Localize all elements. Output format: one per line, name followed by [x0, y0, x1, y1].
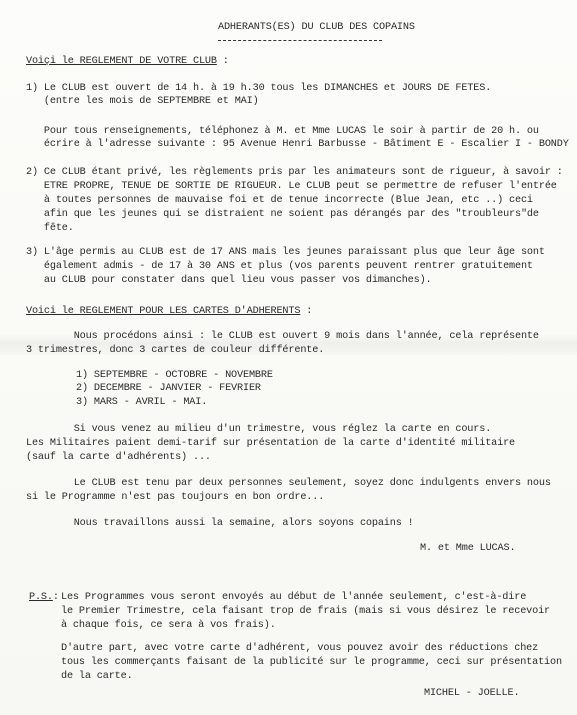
rule-line: écrire à l'adresse suivante : 95 Avenue …: [26, 139, 569, 151]
trimester-item: 2) DECEMBRE - JANVIER - FEVRIER: [76, 383, 261, 395]
ps-line: à chaque fois, ce sera à vos frais).: [61, 620, 276, 632]
ps-line: de la carte.: [61, 671, 133, 683]
paragraph-line: Le CLUB est tenu par deux personnes seul…: [26, 478, 551, 490]
document-title: ADHERANTS(ES) DU CLUB DES COPAINS: [218, 22, 415, 34]
ps-line: Les Programmes vous seront envoyés au dé…: [61, 592, 526, 604]
intro-line: Nous procédons ainsi : le CLUB est ouver…: [26, 331, 539, 343]
paragraph-line: (sauf la carte d'adhérents) ...: [26, 452, 211, 464]
rule-line: 2) Ce CLUB étant privé, les règlements p…: [26, 167, 563, 179]
heading-text: Voici le REGLEMENT POUR LES CARTES D'ADH…: [26, 306, 300, 317]
ps-line: D'autre part, avec votre carte d'adhéren…: [61, 643, 538, 655]
signature-lucas: M. et Mme LUCAS.: [420, 543, 515, 555]
rule-line: 3) L'âge permis au CLUB est de 17 ANS ma…: [26, 247, 545, 259]
ps-line: le Premier Trimestre, cela faisant trop …: [61, 606, 550, 618]
intro-line: 3 trimestres, donc 3 cartes de couleur d…: [26, 345, 324, 357]
paragraph-line: Les Militaires paient demi-tarif sur pré…: [26, 438, 515, 450]
title-underline: [218, 40, 382, 41]
ps-line: tous les commerçants faisant de la publi…: [61, 657, 562, 669]
heading-colon: :: [217, 56, 229, 67]
rule-line: également admis - de 17 à 30 ANS et plus…: [26, 261, 533, 273]
postscript-label: P.S.:: [29, 592, 65, 604]
rule-line: au CLUB pour constater dans quel lieu vo…: [26, 275, 432, 287]
rule-line: (entre les mois de SEPTEMBRE et MAI): [26, 96, 259, 108]
section-heading-card-rules: Voici le REGLEMENT POUR LES CARTES D'ADH…: [26, 306, 312, 318]
signature-michel-joelle: MICHEL - JOELLE.: [424, 688, 519, 700]
trimester-item: 3) MARS - AVRIL - MAI.: [76, 397, 207, 409]
rule-line: afin que les jeunes qui se distraient ne…: [26, 209, 539, 221]
paragraph-line: Si vous venez au milieu d'un trimestre, …: [26, 424, 491, 436]
rule-line: ETRE PROPRE, TENUE DE SORTIE DE RIGUEUR.…: [26, 181, 557, 193]
paragraph-line: si le Programme n'est pas toujours en bo…: [26, 492, 324, 504]
section-heading-club-rules: Voiçi le REGLEMENT DE VOTRE CLUB :: [26, 56, 229, 68]
paragraph-line: Nous travaillons aussi la semaine, alors…: [26, 518, 414, 530]
rule-line: 1) Le CLUB est ouvert de 14 h. à 19 h.30…: [26, 83, 491, 95]
rule-line: fête.: [26, 223, 74, 235]
trimester-item: 1) SEPTEMBRE - OCTOBRE - NOVEMBRE: [76, 370, 273, 382]
heading-colon: :: [300, 306, 312, 317]
typewritten-letter: ADHERANTS(ES) DU CLUB DES COPAINS Voiçi …: [0, 0, 577, 715]
heading-text: Voiçi le REGLEMENT DE VOTRE CLUB: [26, 56, 217, 67]
rule-line: Pour tous renseignements, téléphonez à M…: [26, 126, 539, 138]
rule-line: à toutes personnes de mauvaise foi et de…: [26, 195, 533, 207]
ps-label-text: P.S.: [29, 592, 53, 603]
